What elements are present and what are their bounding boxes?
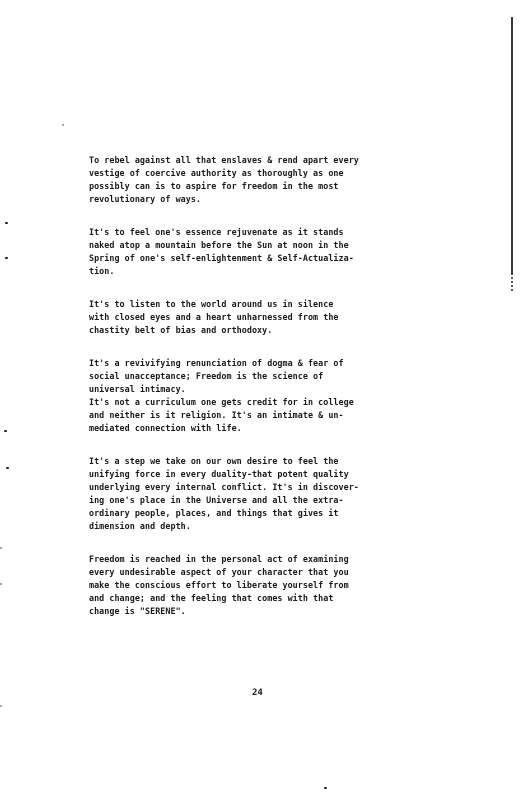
page-number: 24 — [252, 688, 263, 698]
paragraph: It's a step we take on our own desire to… — [89, 455, 419, 533]
paragraph: It's a revivifying renunciation of dogma… — [89, 357, 419, 396]
scanned-page: To rebel against all that enslaves & ren… — [0, 0, 523, 809]
margin-rule — [511, 17, 513, 275]
paragraph: It's to listen to the world around us in… — [89, 298, 419, 337]
body-text: To rebel against all that enslaves & ren… — [89, 154, 419, 618]
scan-speck — [5, 222, 8, 224]
scan-speck — [5, 257, 8, 259]
scan-speck — [62, 124, 64, 126]
paragraph: It's to feel one's essence rejuvenate as… — [89, 226, 419, 278]
scan-speck — [6, 467, 9, 469]
scan-speck — [0, 583, 2, 585]
paragraph: To rebel against all that enslaves & ren… — [89, 154, 419, 206]
scan-speck — [324, 787, 327, 789]
scan-speck — [4, 430, 7, 432]
margin-dots — [511, 277, 513, 293]
paragraph: It's not a curriculum one gets credit fo… — [89, 396, 419, 435]
scan-speck — [0, 705, 2, 707]
scan-speck — [0, 547, 2, 549]
paragraph: Freedom is reached in the personal act o… — [89, 553, 419, 618]
